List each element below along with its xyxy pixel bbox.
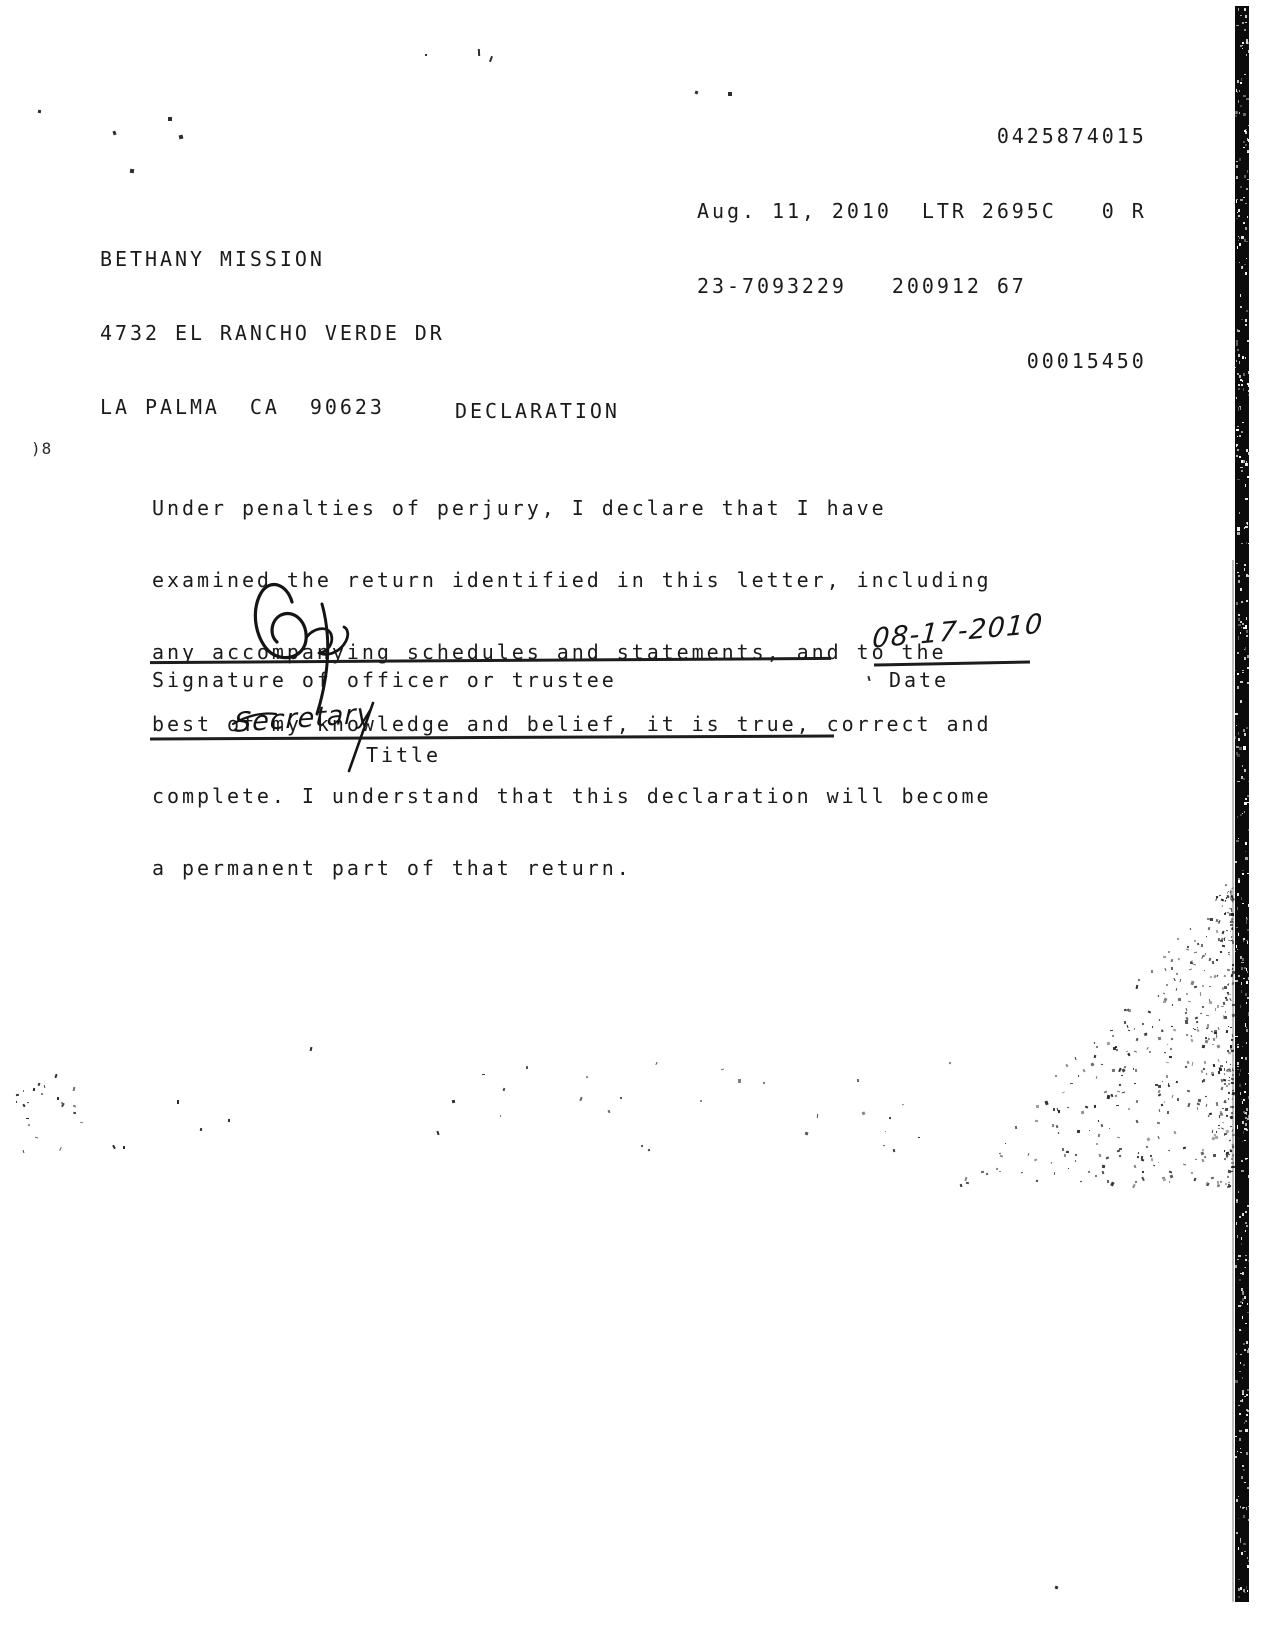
speck xyxy=(1117,1137,1120,1139)
strip-pit xyxy=(1245,1230,1246,1232)
speck xyxy=(1062,1092,1065,1094)
strip-pit xyxy=(1246,1029,1248,1032)
strip-pit xyxy=(1243,95,1245,97)
scan-edge-strip xyxy=(1235,6,1249,1602)
speck xyxy=(1142,1023,1144,1025)
strip-pit xyxy=(1247,802,1249,803)
speck xyxy=(1227,1175,1230,1177)
speck xyxy=(1228,1080,1230,1081)
strip-pit xyxy=(1241,384,1243,386)
strip-pit xyxy=(1242,356,1244,359)
strip-pit xyxy=(1239,1329,1240,1331)
speck xyxy=(1220,940,1223,942)
strip-pit xyxy=(1244,8,1246,10)
speck xyxy=(1217,1185,1220,1187)
strip-pit xyxy=(1241,982,1243,985)
speck xyxy=(1111,1035,1113,1037)
strip-pit xyxy=(1241,319,1243,320)
speck xyxy=(647,1149,650,1152)
strip-pit xyxy=(1235,1456,1237,1458)
strip-pit xyxy=(1238,878,1239,881)
strip-pit xyxy=(1245,227,1247,230)
strip-pit xyxy=(1246,522,1248,525)
strip-pit xyxy=(1242,870,1244,872)
speck xyxy=(1102,1165,1105,1168)
title-label: Title xyxy=(366,743,441,767)
speck xyxy=(1214,975,1217,979)
strip-pit xyxy=(1241,962,1244,963)
speck xyxy=(1121,1075,1123,1076)
strip-pit xyxy=(1240,186,1241,188)
strip-pit xyxy=(1235,1436,1236,1437)
speck xyxy=(1062,1148,1065,1151)
strip-pit xyxy=(1237,816,1239,818)
speck xyxy=(1169,1170,1172,1173)
speck xyxy=(1191,1035,1193,1038)
speck xyxy=(1135,1100,1138,1104)
strip-pit xyxy=(1242,1394,1243,1396)
strip-pit xyxy=(1243,141,1245,143)
speck xyxy=(1115,1046,1117,1048)
speck xyxy=(1193,939,1195,942)
speck xyxy=(1168,1085,1170,1087)
strip-pit xyxy=(1246,41,1248,44)
strip-pit xyxy=(1239,435,1241,437)
strip-pit xyxy=(1246,449,1248,451)
strip-pit xyxy=(1243,388,1244,391)
speck xyxy=(1228,1098,1230,1100)
strip-pit xyxy=(1240,1400,1242,1401)
speck xyxy=(1028,1152,1030,1155)
speck xyxy=(1070,1083,1073,1084)
strip-pit xyxy=(1237,893,1239,895)
strip-pit xyxy=(1245,1057,1248,1059)
strip-pit xyxy=(1245,1158,1247,1160)
strip-pit xyxy=(1242,42,1244,44)
strip-pit xyxy=(1243,373,1245,376)
speck xyxy=(1201,944,1203,947)
speck xyxy=(1219,895,1221,897)
speck xyxy=(1107,1180,1109,1183)
strip-pit xyxy=(1242,623,1244,624)
speck xyxy=(130,169,134,173)
strip-pit xyxy=(1235,367,1236,369)
speck xyxy=(1111,1182,1115,1186)
speck xyxy=(1109,1128,1111,1130)
speck xyxy=(1091,1063,1095,1067)
speck xyxy=(1197,1029,1200,1032)
strip-pit xyxy=(1237,1062,1239,1065)
strip-pit xyxy=(1242,1298,1244,1301)
strip-pit xyxy=(1241,460,1243,463)
speck xyxy=(168,117,172,121)
speck xyxy=(918,1137,920,1139)
speck xyxy=(1161,1029,1163,1032)
speck xyxy=(1171,959,1173,962)
strip-pit xyxy=(1245,625,1248,628)
speck xyxy=(999,1155,1002,1157)
speck xyxy=(1096,1076,1098,1079)
strip-pit xyxy=(1247,1205,1249,1208)
speck xyxy=(23,1090,24,1092)
strip-pit xyxy=(1247,929,1249,931)
strip-pit xyxy=(1236,563,1237,565)
speck xyxy=(1225,1108,1228,1111)
speck xyxy=(1162,1081,1164,1083)
strip-pit xyxy=(1241,897,1242,900)
strip-pit xyxy=(1238,330,1240,332)
strip-pit xyxy=(1238,1547,1239,1550)
strip-pit xyxy=(1235,1265,1236,1268)
speck xyxy=(1014,1126,1016,1129)
speck xyxy=(1223,1100,1226,1103)
speck xyxy=(478,49,480,56)
speck xyxy=(80,1122,83,1124)
strip-pit xyxy=(1242,765,1243,767)
strip-pit xyxy=(1240,1541,1242,1543)
speck xyxy=(1203,955,1205,957)
strip-pit xyxy=(1240,956,1242,959)
speck xyxy=(1220,1079,1223,1083)
strip-pit xyxy=(1243,1515,1244,1518)
speck xyxy=(1135,1069,1137,1072)
speck xyxy=(1164,968,1167,972)
strip-pit xyxy=(1245,129,1247,130)
speck xyxy=(1094,1105,1096,1108)
speck xyxy=(1094,1042,1096,1044)
speck xyxy=(728,92,732,96)
strip-pit xyxy=(1242,670,1244,671)
speck xyxy=(817,1114,819,1118)
strip-pit xyxy=(1244,564,1246,566)
speck xyxy=(1224,1016,1227,1019)
strip-pit xyxy=(1246,727,1248,729)
speck xyxy=(1225,999,1227,1001)
strip-pit xyxy=(1237,673,1239,675)
speck xyxy=(1116,1048,1119,1051)
strip-pit xyxy=(1242,1507,1244,1509)
strip-pit xyxy=(1247,340,1249,343)
strip-pit xyxy=(1241,1243,1242,1245)
speck xyxy=(1188,1103,1191,1107)
strip-pit xyxy=(1247,152,1249,153)
strip-pit xyxy=(1240,1362,1242,1365)
strip-pit xyxy=(1245,526,1247,528)
strip-pit xyxy=(1238,580,1240,583)
strip-pit xyxy=(1246,1421,1248,1422)
speck xyxy=(43,1085,45,1088)
speck xyxy=(885,1131,886,1132)
strip-pit xyxy=(1245,1083,1246,1085)
speck xyxy=(1191,1172,1193,1174)
strip-pit xyxy=(1241,543,1243,544)
speck xyxy=(1117,1149,1120,1152)
speck xyxy=(1075,1057,1077,1060)
strip-pit xyxy=(1247,170,1249,173)
speck xyxy=(1140,1159,1144,1162)
strip-pit xyxy=(1238,1579,1239,1581)
speck xyxy=(1231,1013,1235,1017)
strip-pit xyxy=(1243,746,1246,749)
strip-pit xyxy=(1247,873,1249,874)
speck xyxy=(1217,1045,1221,1049)
strip-pit xyxy=(1242,266,1243,268)
speck xyxy=(1186,993,1188,995)
strip-pit xyxy=(1242,1141,1244,1142)
speck xyxy=(27,1102,29,1103)
speck xyxy=(1224,1073,1226,1076)
speck xyxy=(1164,1051,1166,1053)
strip-pit xyxy=(1236,602,1238,604)
strip-pit xyxy=(1247,941,1248,943)
strip-pit xyxy=(1238,614,1240,616)
strip-pit xyxy=(1236,927,1238,928)
speck xyxy=(1098,1120,1099,1122)
speck xyxy=(1133,1165,1136,1169)
speck xyxy=(1167,1044,1169,1046)
speck xyxy=(33,1088,35,1091)
strip-pit xyxy=(1238,732,1240,734)
speck xyxy=(1232,941,1234,944)
address-line-street: 4732 EL RANCHO VERDE DR xyxy=(100,321,445,346)
speck xyxy=(1102,1171,1105,1175)
strip-pit xyxy=(1238,933,1240,936)
strip-pit xyxy=(1240,700,1242,703)
speck xyxy=(1206,1183,1210,1187)
speck xyxy=(1166,983,1168,985)
strip-pit xyxy=(1237,246,1238,249)
strip-pit xyxy=(1239,375,1241,378)
strip-pit xyxy=(1238,354,1240,357)
strip-pit xyxy=(1237,1235,1239,1237)
speck xyxy=(1226,930,1228,931)
speck xyxy=(1053,1108,1055,1111)
strip-pit xyxy=(1237,1046,1238,1048)
speck xyxy=(1119,1084,1121,1086)
strip-pit xyxy=(1241,601,1243,603)
strip-pit xyxy=(1247,1350,1248,1352)
strip-pit xyxy=(1248,1012,1249,1015)
speck xyxy=(1138,979,1140,982)
speck xyxy=(22,1104,25,1108)
strip-pit xyxy=(1247,1590,1249,1592)
speck xyxy=(1196,1021,1199,1024)
speck xyxy=(1100,1123,1103,1127)
speck xyxy=(1231,1067,1233,1069)
speck xyxy=(1226,1030,1228,1033)
strip-pit xyxy=(1245,851,1246,852)
strip-pit xyxy=(1242,1465,1244,1467)
speck xyxy=(981,1170,984,1172)
strip-pit xyxy=(1245,647,1246,649)
speck xyxy=(763,1082,765,1084)
speck xyxy=(1197,1107,1198,1110)
strip-pit xyxy=(1236,25,1239,26)
speck xyxy=(1231,928,1233,930)
strip-pit xyxy=(1238,240,1239,241)
strip-pit xyxy=(1244,657,1247,660)
signature-label: Signature of officer or trustee xyxy=(152,668,617,692)
speck xyxy=(1216,959,1218,962)
strip-pit xyxy=(1237,373,1239,375)
speck xyxy=(1232,1146,1234,1148)
strip-pit xyxy=(1236,1532,1238,1534)
speck xyxy=(1206,1028,1208,1029)
paragraph-line: complete. I understand that this declara… xyxy=(152,784,992,808)
strip-pit xyxy=(1247,997,1249,998)
speck xyxy=(1146,1137,1150,1141)
speck xyxy=(1219,1180,1221,1182)
strip-pit xyxy=(1238,209,1240,212)
strip-pit xyxy=(1235,111,1237,114)
speck xyxy=(1145,1146,1148,1149)
strip-pit xyxy=(1245,324,1247,326)
strip-pit xyxy=(1245,463,1247,466)
speck xyxy=(1186,948,1189,951)
speck xyxy=(1158,1162,1160,1163)
speck xyxy=(1176,1098,1178,1102)
speck xyxy=(985,1172,987,1174)
strip-pit xyxy=(1236,161,1238,162)
speck xyxy=(700,1100,702,1102)
strip-pit xyxy=(1242,873,1244,875)
strip-pit xyxy=(1245,203,1247,205)
address-line-name: BETHANY MISSION xyxy=(100,247,445,272)
strip-pit xyxy=(1238,1255,1241,1257)
strip-pit xyxy=(1238,100,1239,103)
speck xyxy=(1135,1181,1137,1183)
speck xyxy=(1222,905,1224,907)
speck xyxy=(1218,1125,1220,1127)
strip-pit xyxy=(1245,22,1247,23)
speck xyxy=(41,1093,44,1095)
strip-pit xyxy=(1238,388,1239,389)
speck xyxy=(1135,985,1138,989)
strip-pit xyxy=(1240,681,1242,683)
speck xyxy=(883,1145,885,1147)
speck xyxy=(1171,967,1173,970)
strip-pit xyxy=(1240,306,1242,308)
strip-pit xyxy=(1248,1260,1250,1262)
strip-pit xyxy=(1246,1507,1247,1510)
speck xyxy=(1134,1027,1136,1029)
speck xyxy=(1190,981,1194,985)
speck xyxy=(804,1132,808,1136)
strip-pit xyxy=(1245,1267,1246,1268)
speck xyxy=(1178,997,1181,1000)
speck xyxy=(1210,918,1213,921)
strip-pit xyxy=(1236,455,1239,456)
strip-pit xyxy=(1241,1476,1242,1479)
strip-pit xyxy=(1237,1259,1239,1260)
strip-pit xyxy=(1237,652,1239,654)
speck xyxy=(1064,1153,1066,1156)
strip-pit xyxy=(1238,1138,1239,1140)
strip-pit xyxy=(1244,802,1246,805)
speck xyxy=(1173,978,1175,981)
speck xyxy=(586,1076,589,1078)
strip-pit xyxy=(1244,1140,1246,1141)
strip-pit xyxy=(1245,357,1246,359)
speck xyxy=(1194,986,1197,988)
strip-pit xyxy=(1245,1222,1247,1224)
speck xyxy=(1170,1038,1173,1041)
strip-pit xyxy=(1247,1565,1248,1568)
speck xyxy=(1051,1162,1053,1164)
speck xyxy=(1206,1073,1208,1075)
strip-pit xyxy=(1246,968,1247,971)
speck xyxy=(1228,1184,1231,1187)
speck xyxy=(1215,1135,1218,1138)
strip-pit xyxy=(1242,672,1244,673)
speck xyxy=(1221,1006,1224,1007)
speck xyxy=(35,1137,38,1139)
strip-pit xyxy=(1246,1027,1248,1028)
strip-pit xyxy=(1235,951,1236,952)
speck xyxy=(1185,1012,1187,1014)
strip-pit xyxy=(1248,384,1249,386)
header-reference-block: 0425874015 Aug. 11, 2010 LTR 2695C 0 R 2… xyxy=(697,74,1147,424)
speck xyxy=(1169,1056,1172,1058)
speck xyxy=(1134,1083,1136,1085)
strip-pit xyxy=(1240,1092,1242,1095)
speck xyxy=(1197,943,1200,945)
strip-pit xyxy=(1243,147,1245,148)
speck xyxy=(1138,1151,1139,1153)
speck xyxy=(1118,1155,1121,1158)
strip-pit xyxy=(1240,588,1242,591)
speck xyxy=(1176,972,1178,974)
speck xyxy=(893,1149,896,1152)
speck xyxy=(59,1147,62,1151)
strip-pit xyxy=(1238,1191,1239,1193)
strip-pit xyxy=(1246,635,1248,637)
speck xyxy=(1036,1180,1039,1182)
strip-pit xyxy=(1237,1066,1239,1067)
strip-pit xyxy=(1236,165,1238,168)
strip-pit xyxy=(1241,78,1242,81)
speck xyxy=(1162,993,1164,995)
header-line-serial: 0425874015 xyxy=(697,124,1147,149)
strip-pit xyxy=(1237,1451,1239,1452)
strip-pit xyxy=(1248,1519,1249,1521)
speck xyxy=(1107,1042,1111,1046)
strip-pit xyxy=(1238,407,1240,410)
strip-pit xyxy=(1242,1046,1243,1048)
speck xyxy=(1223,974,1225,976)
speck xyxy=(1055,1586,1059,1590)
strip-pit xyxy=(1245,498,1247,499)
speck xyxy=(1166,1061,1169,1062)
speck xyxy=(620,1097,622,1099)
strip-pit xyxy=(1240,632,1241,633)
speck xyxy=(1204,1040,1208,1044)
speck xyxy=(1223,1002,1225,1005)
speck xyxy=(1202,1006,1204,1009)
speck xyxy=(1096,1143,1098,1145)
speck xyxy=(1158,1037,1161,1040)
speck xyxy=(1195,1159,1198,1161)
speck xyxy=(1192,1062,1194,1066)
speck xyxy=(1033,1158,1036,1161)
speck xyxy=(1078,1075,1079,1077)
strip-pit xyxy=(1243,1364,1245,1366)
speck xyxy=(1142,1171,1144,1173)
speck xyxy=(1230,1047,1232,1050)
speck xyxy=(1036,1105,1039,1108)
strip-pit xyxy=(1238,1405,1239,1407)
strip-pit xyxy=(1236,1353,1238,1355)
